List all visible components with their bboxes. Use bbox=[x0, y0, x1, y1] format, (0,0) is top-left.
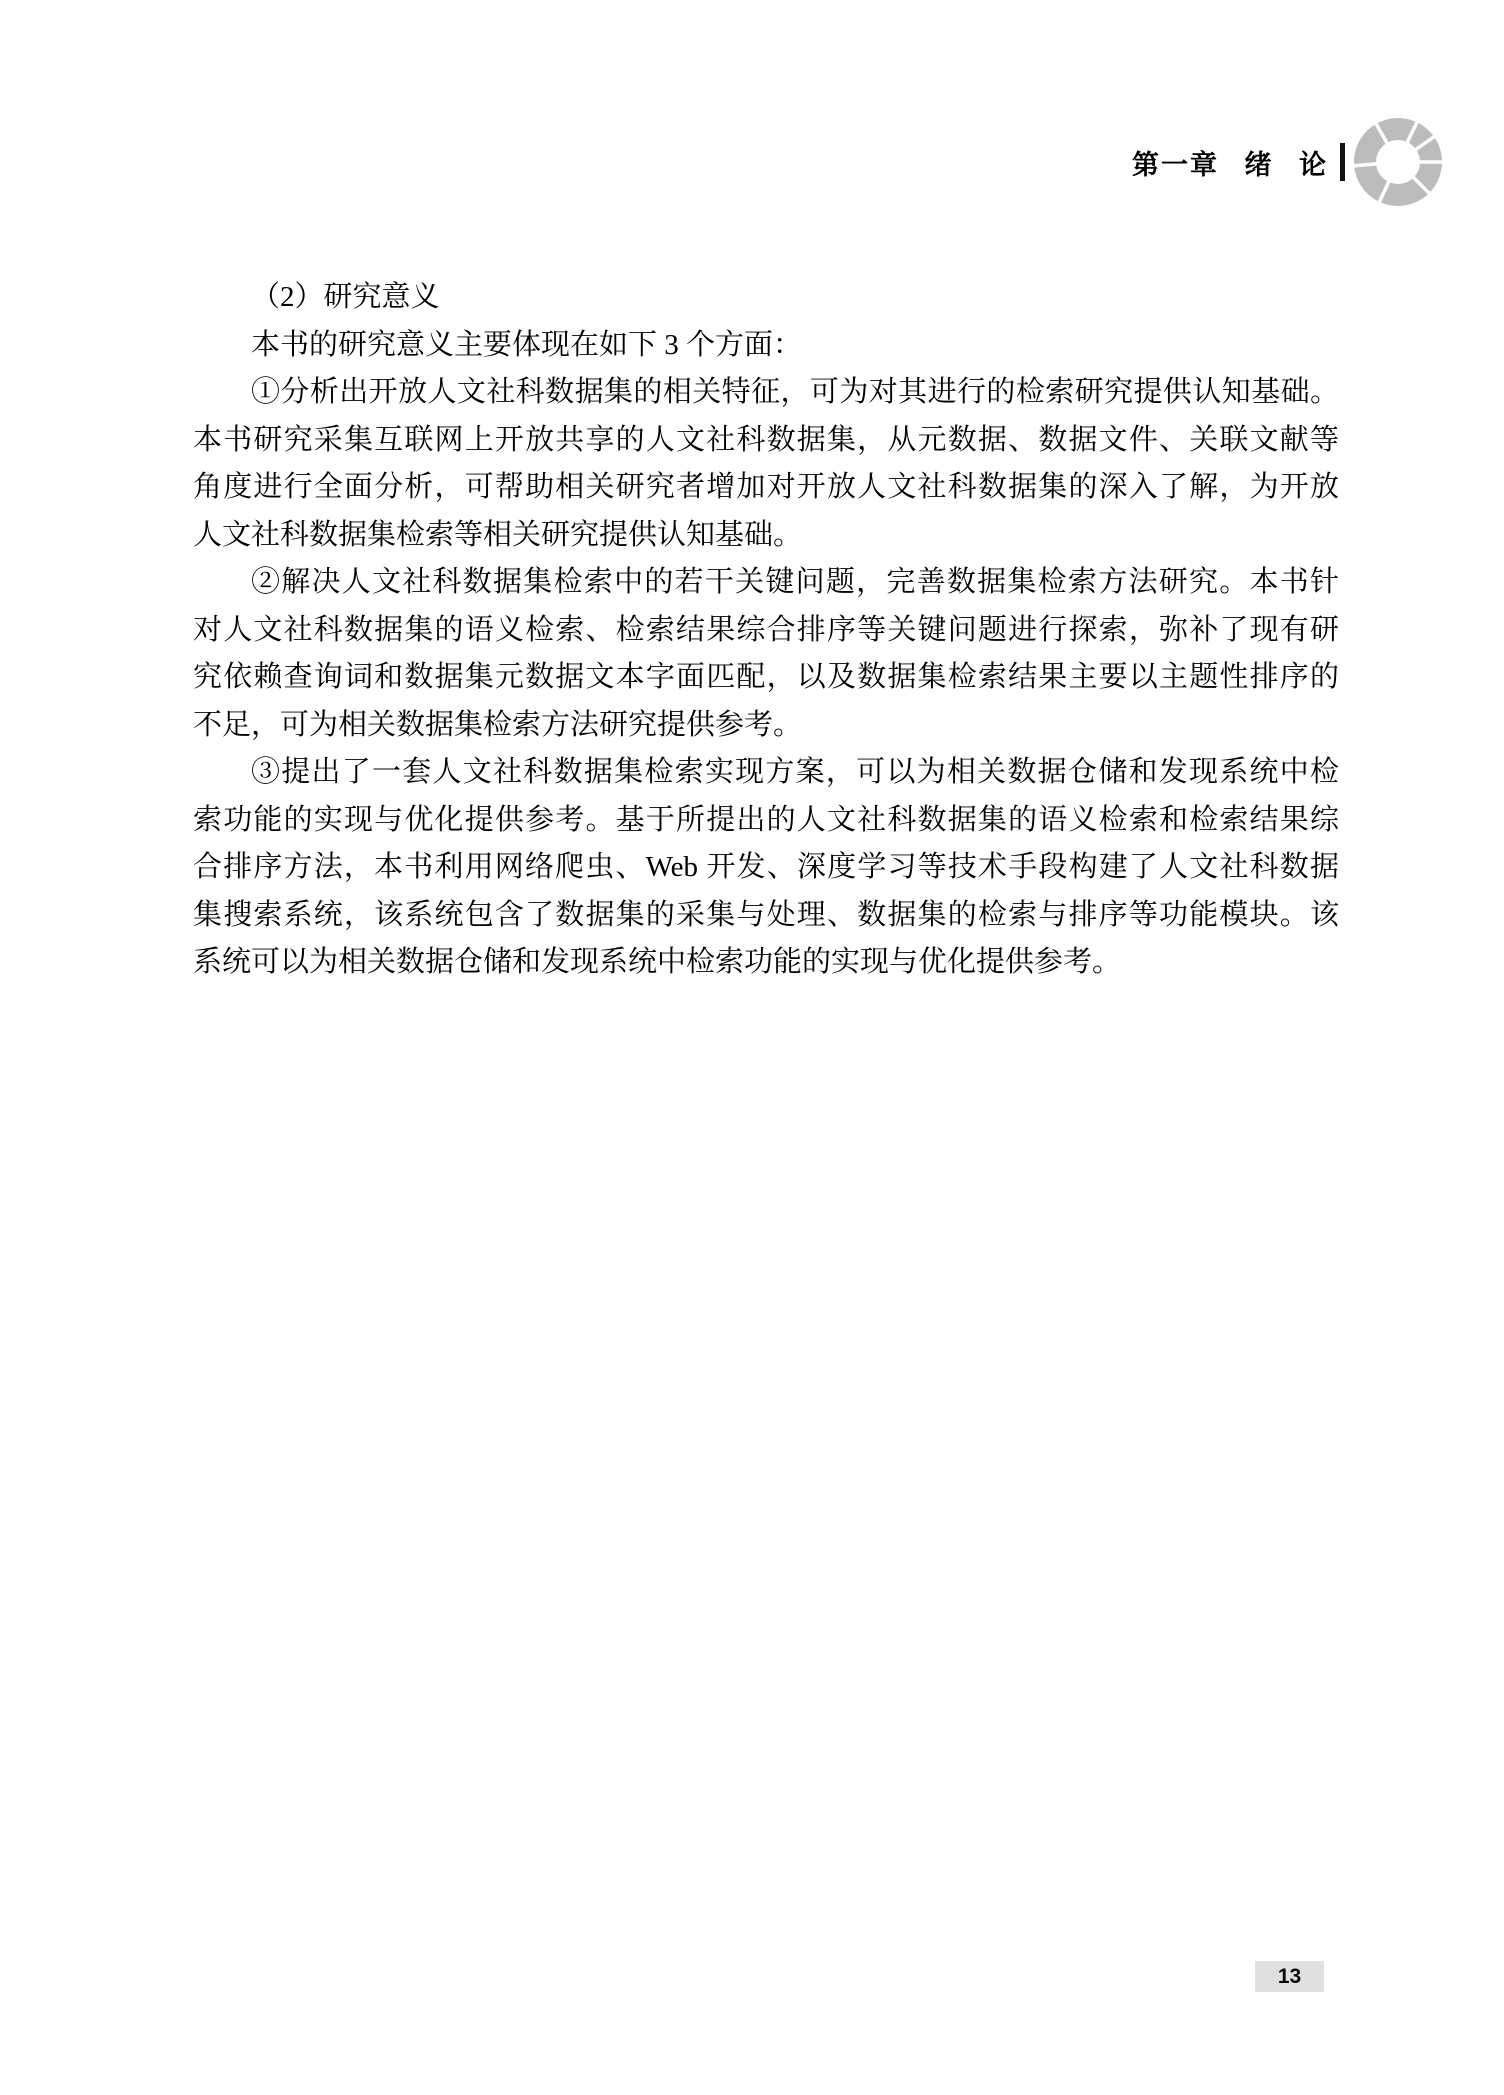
paragraph-line: 不足，可为相关数据集检索方法研究提供参考。 bbox=[193, 702, 1339, 750]
page-body: （2）研究意义 本书的研究意义主要体现在如下 3 个方面： ①分析出开放人文社科… bbox=[193, 274, 1339, 987]
paragraph-line: ①分析出开放人文社科数据集的相关特征，可为对其进行的检索研究提供认知基础。 bbox=[193, 369, 1339, 417]
paragraph-line: 对人文社科数据集的语义检索、检索结果综合排序等关键问题进行探索，弥补了现有研 bbox=[193, 607, 1339, 655]
paragraph-line: 集搜索系统，该系统包含了数据集的采集与处理、数据集的检索与排序等功能模块。该 bbox=[193, 892, 1339, 940]
chapter-header: 第一章 绪 论 bbox=[1132, 115, 1444, 209]
paragraph-line: 究依赖查询词和数据集元数据文本字面匹配，以及数据集检索结果主要以主题性排序的 bbox=[193, 654, 1339, 702]
page-number-box: 13 bbox=[1255, 1961, 1324, 1992]
section-heading: （2）研究意义 bbox=[193, 274, 1339, 322]
paragraph-line: 索功能的实现与优化提供参考。基于所提出的人文社科数据集的语义检索和检索结果综 bbox=[193, 797, 1339, 845]
paragraph-line: 角度进行全面分析，可帮助相关研究者增加对开放人文社科数据集的深入了解，为开放 bbox=[193, 464, 1339, 512]
paragraph: ③提出了一套人文社科数据集检索实现方案，可以为相关数据仓储和发现系统中检索功能的… bbox=[193, 749, 1339, 987]
paragraph-line: ②解决人文社科数据集检索中的若干关键问题，完善数据集检索方法研究。本书针 bbox=[193, 559, 1339, 607]
paragraph-line: 本书研究采集互联网上开放共享的人文社科数据集，从元数据、数据文件、关联文献等 bbox=[193, 417, 1339, 465]
book-page: { "header": { "chapter_title": "第一章 绪 论"… bbox=[0, 0, 1504, 2095]
paragraph-line: 系统可以为相关数据仓储和发现系统中检索功能的实现与优化提供参考。 bbox=[193, 939, 1339, 987]
paragraph-line: ③提出了一套人文社科数据集检索实现方案，可以为相关数据仓储和发现系统中检 bbox=[193, 749, 1339, 797]
paragraph: ①分析出开放人文社科数据集的相关特征，可为对其进行的检索研究提供认知基础。本书研… bbox=[193, 369, 1339, 559]
intro-line: 本书的研究意义主要体现在如下 3 个方面： bbox=[193, 322, 1339, 370]
paragraph-line: 合排序方法，本书利用网络爬虫、Web 开发、深度学习等技术手段构建了人文社科数据 bbox=[193, 844, 1339, 892]
page-number: 13 bbox=[1278, 1965, 1301, 1989]
chapter-title: 第一章 绪 论 bbox=[1132, 143, 1328, 182]
donut-chart-icon bbox=[1352, 116, 1444, 208]
body-paragraphs: ①分析出开放人文社科数据集的相关特征，可为对其进行的检索研究提供认知基础。本书研… bbox=[193, 369, 1339, 987]
paragraph: ②解决人文社科数据集检索中的若干关键问题，完善数据集检索方法研究。本书针对人文社… bbox=[193, 559, 1339, 749]
paragraph-line: 人文社科数据集检索等相关研究提供认知基础。 bbox=[193, 512, 1339, 560]
header-divider-bar bbox=[1340, 143, 1345, 181]
